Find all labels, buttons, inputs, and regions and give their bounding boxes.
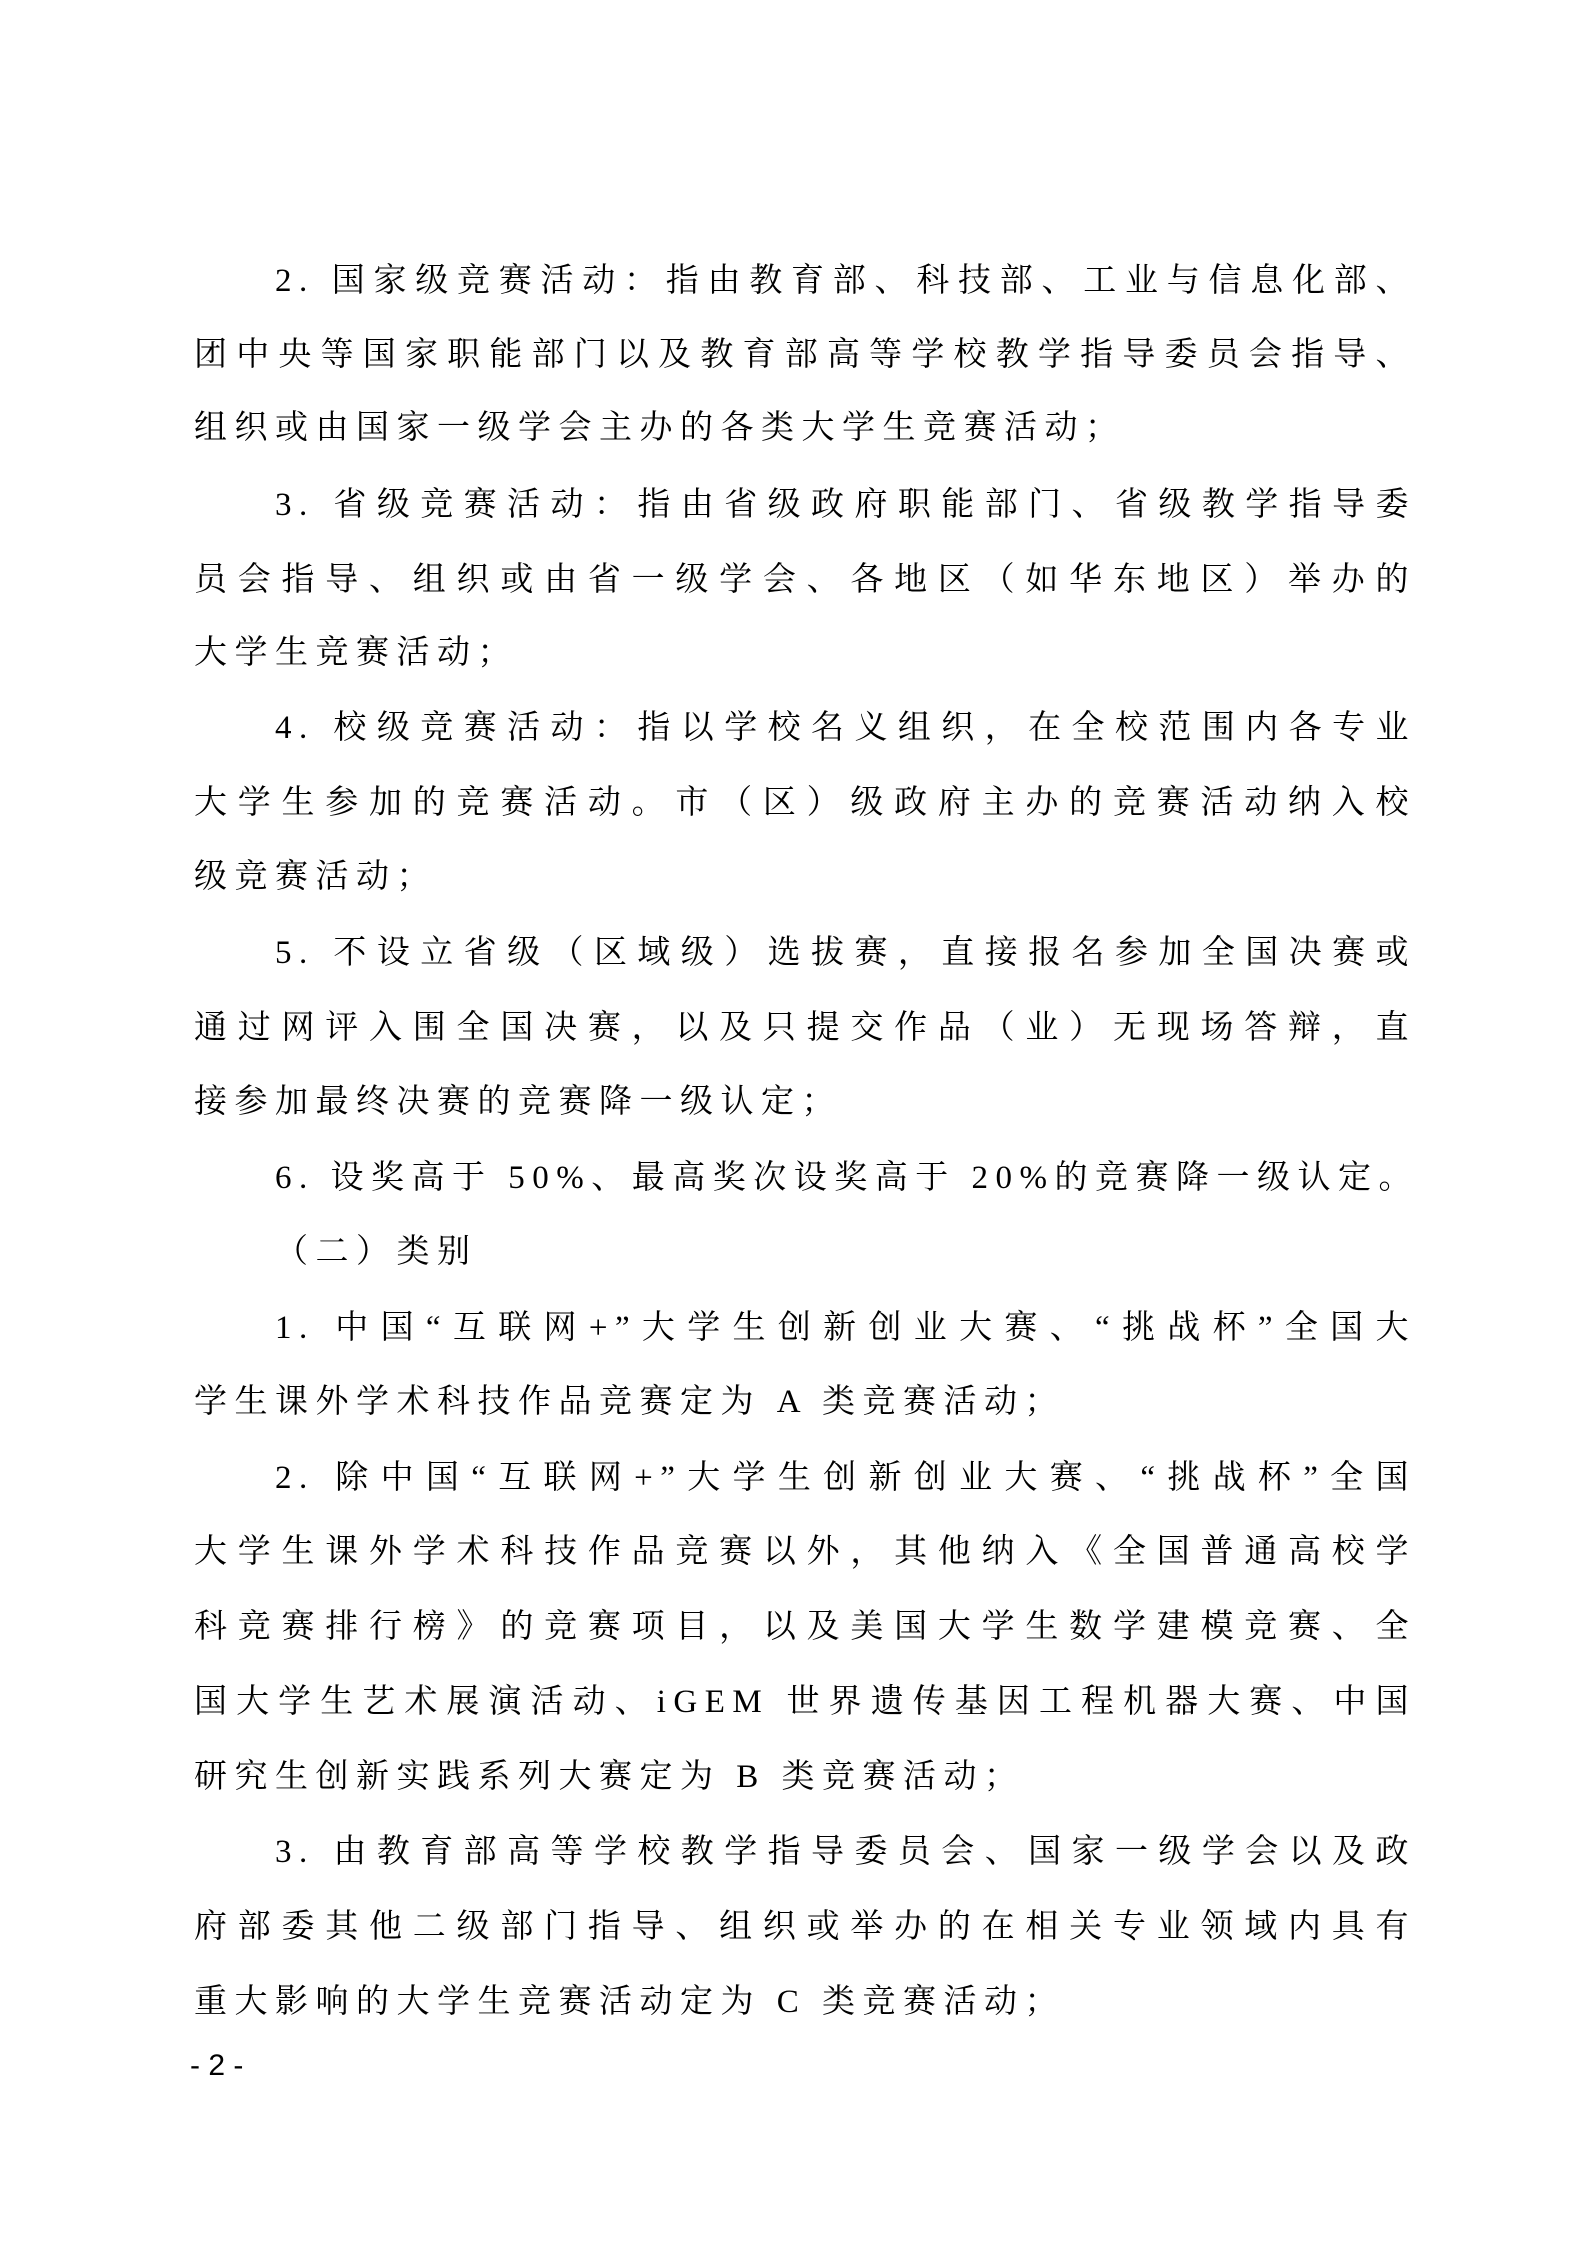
text-line: 5. 不设立省级（区域级）选拔赛，直接报名参加全国决赛或 [275, 916, 1416, 991]
text-line: 大学生参加的竞赛活动。市（区）级政府主办的竞赛活动纳入校 [194, 766, 1416, 841]
text-line: 大学生竞赛活动； [194, 616, 1416, 691]
text-line: 通过网评入围全国决赛，以及只提交作品（业）无现场答辩，直 [194, 991, 1416, 1066]
text-line: 大学生课外学术科技作品竞赛以外，其他纳入《全国普通高校学 [194, 1515, 1416, 1590]
text-line: 国大学生艺术展演活动、iGEM 世界遗传基因工程机器大赛、中国 [194, 1665, 1416, 1740]
text-line: 府部委其他二级部门指导、组织或举办的在相关专业领域内具有 [194, 1890, 1416, 1965]
text-line: 2. 除中国“互联网+”大学生创新创业大赛、“挑战杯”全国 [275, 1441, 1416, 1516]
text-line: 2. 国家级竞赛活动：指由教育部、科技部、工业与信息化部、 [275, 244, 1416, 319]
text-line: 6. 设奖高于 50%、最高奖次设奖高于 20%的竞赛降一级认定。 [275, 1141, 1416, 1216]
page-number: - 2 - [190, 2046, 243, 2086]
text-line: 3. 省级竞赛活动：指由省级政府职能部门、省级教学指导委 [275, 468, 1416, 543]
document-page: 2. 国家级竞赛活动：指由教育部、科技部、工业与信息化部、 团中央等国家职能部门… [0, 0, 1587, 2245]
text-line: 组织或由国家一级学会主办的各类大学生竞赛活动； [194, 391, 1416, 466]
text-line: 员会指导、组织或由省一级学会、各地区（如华东地区）举办的 [194, 543, 1416, 618]
text-line: 3. 由教育部高等学校教学指导委员会、国家一级学会以及政 [275, 1815, 1416, 1890]
text-line: 级竞赛活动； [194, 840, 1416, 915]
text-line: 1. 中国“互联网+”大学生创新创业大赛、“挑战杯”全国大 [275, 1291, 1416, 1366]
text-line: 接参加最终决赛的竞赛降一级认定； [194, 1065, 1416, 1140]
text-line: 科竞赛排行榜》的竞赛项目，以及美国大学生数学建模竞赛、全 [194, 1590, 1416, 1665]
text-line: 研究生创新实践系列大赛定为 B 类竞赛活动； [194, 1740, 1416, 1815]
text-line: 重大影响的大学生竞赛活动定为 C 类竞赛活动； [194, 1965, 1416, 2040]
text-line: 学生课外学术科技作品竞赛定为 A 类竞赛活动； [194, 1365, 1416, 1440]
section-heading-categories: （二）类别 [275, 1215, 1416, 1290]
text-line: 团中央等国家职能部门以及教育部高等学校教学指导委员会指导、 [194, 318, 1416, 393]
text-line: 4. 校级竞赛活动：指以学校名义组织，在全校范围内各专业 [275, 691, 1416, 766]
